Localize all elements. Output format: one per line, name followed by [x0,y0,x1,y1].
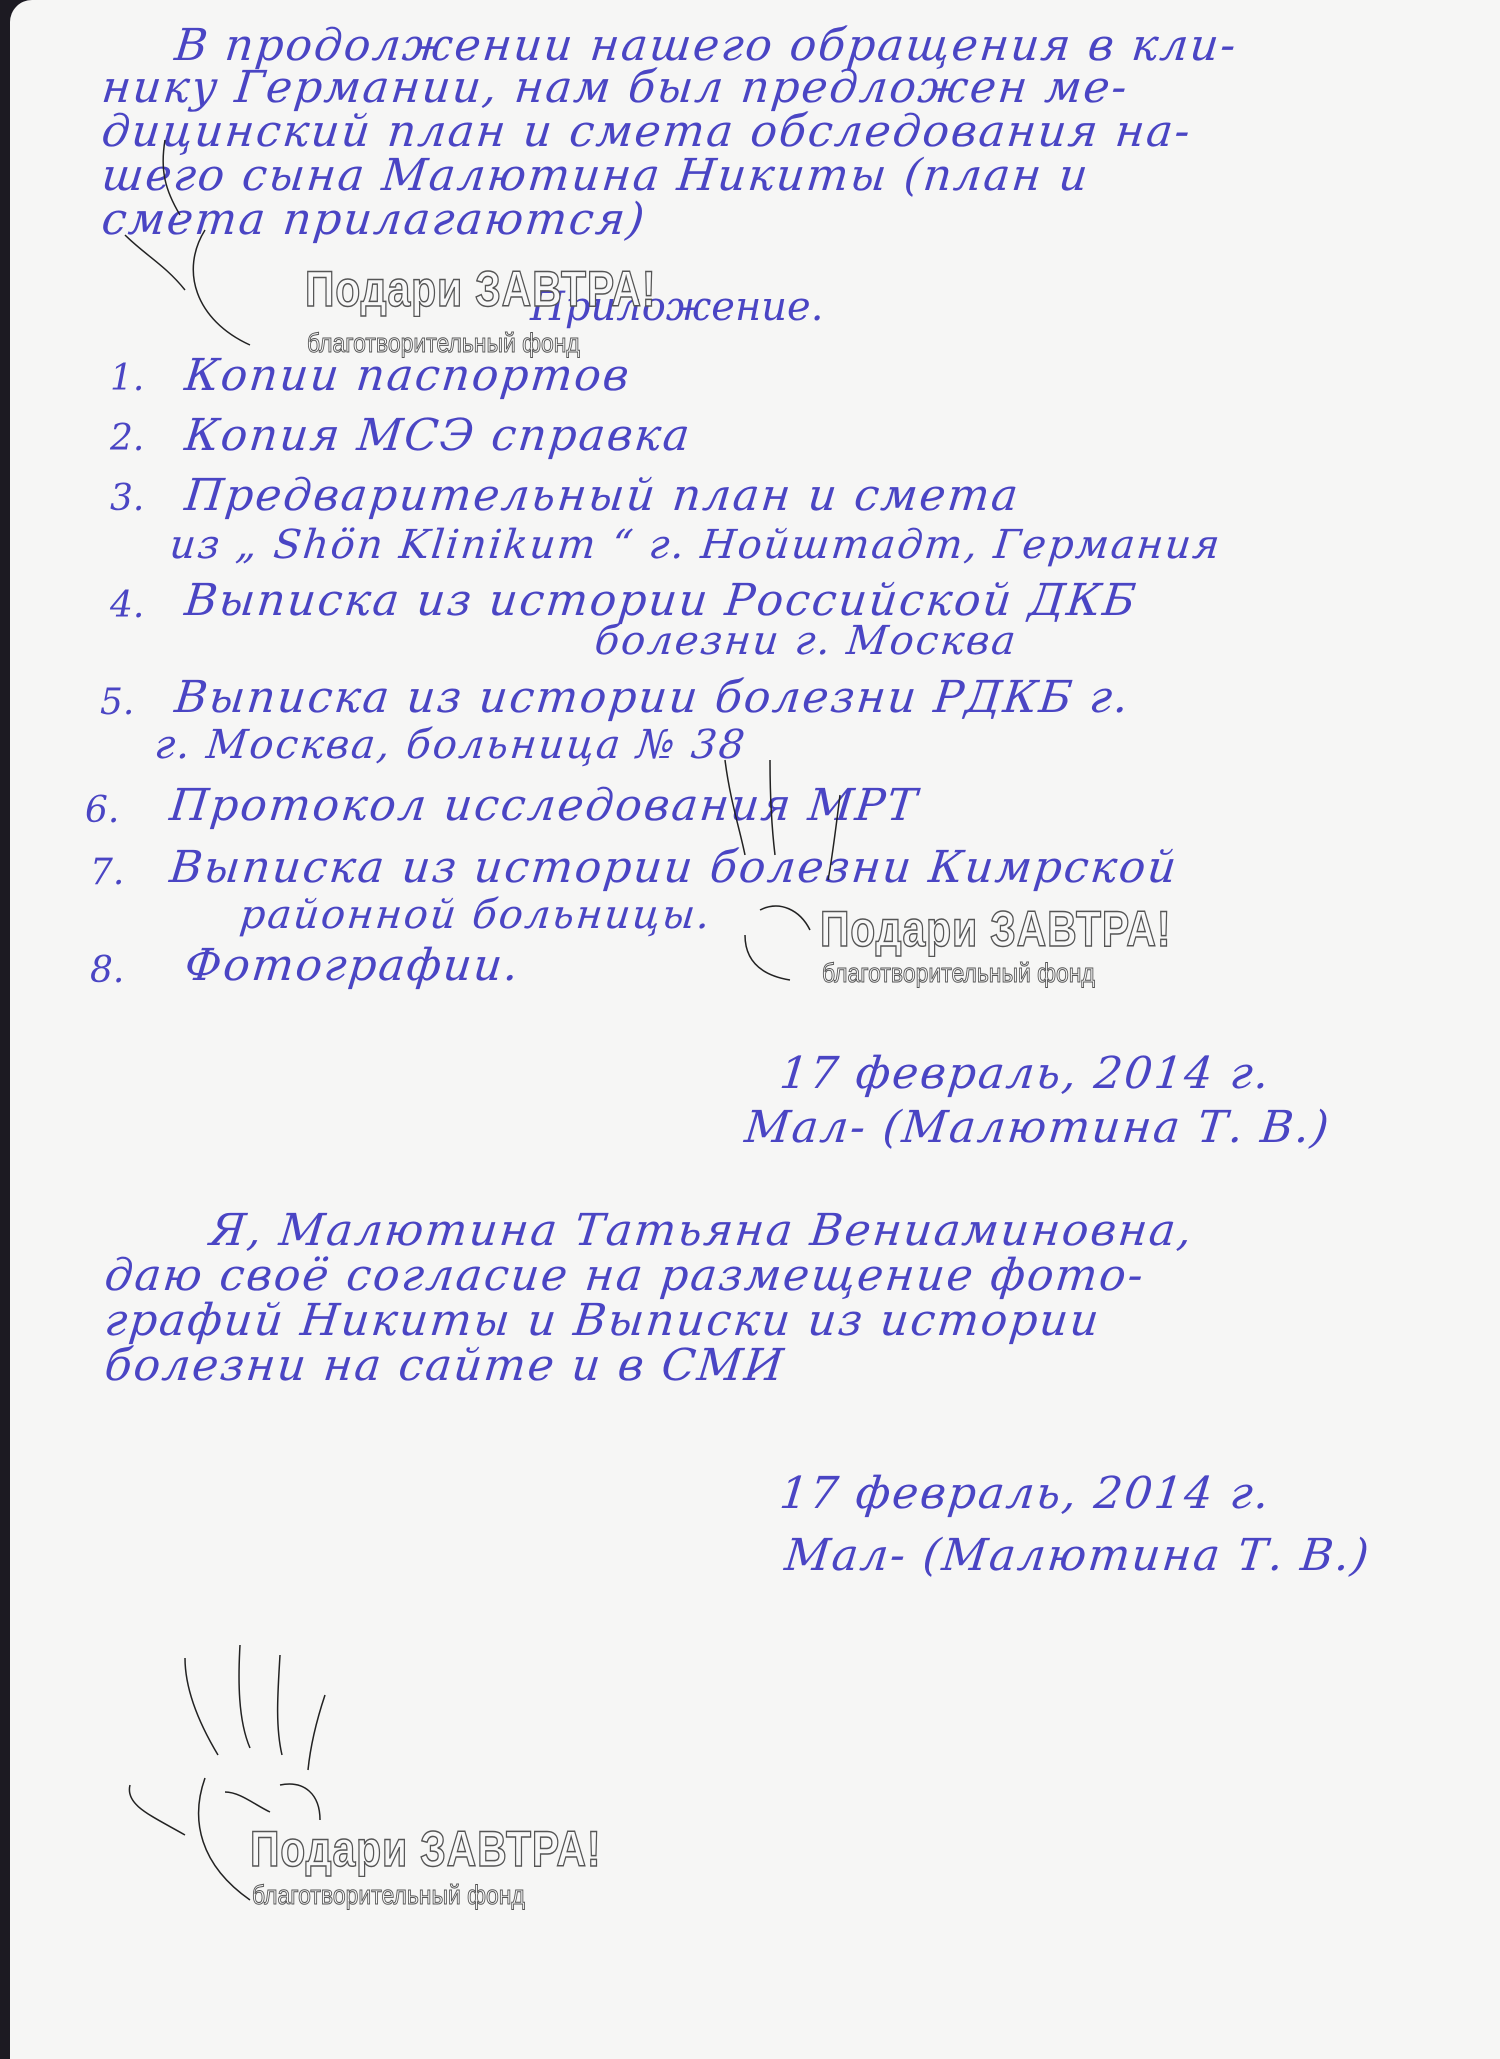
list-number: 3. [110,478,144,519]
attachment-item: Протокол исследования МРТ [167,780,921,831]
attachment-item: Выписка из истории болезни Кимрской [167,842,1180,893]
date: 17 февраль, 2014 г. [777,1468,1273,1519]
consent-line: Я, Малютина Татьяна Вениаминовна, [207,1205,1196,1256]
intro-line: смета прилагаются) [99,194,648,245]
attachments-heading: Приложение. [530,284,823,330]
attachment-item: Выписка из истории болезни РДКБ г. [172,672,1132,723]
attachment-item: Копии паспортов [182,350,633,401]
scanned-letter-page: В продолжении нашего обращения в кли- ни… [10,0,1500,2059]
list-number: 4. [110,585,144,626]
consent-line: даю своё согласие на размещение фото- [102,1250,1147,1301]
attachment-item: Копия МСЭ справка [182,410,694,461]
list-number: 5. [100,682,134,723]
list-number: 8. [90,950,124,991]
list-number: 1. [110,358,144,399]
attachment-item-continued: из „ Shön Klinikum “ г. Нойштадт, Герман… [168,522,1224,568]
consent-line: графий Никиты и Выписки из истории [102,1295,1103,1346]
list-number: 7. [90,852,124,893]
signature: Мал- (Малютина Т. В.) [742,1102,1333,1153]
attachment-item: Фотографии. [182,940,522,991]
signature: Мал- (Малютина Т. В.) [782,1530,1373,1581]
attachment-item-continued: болезни г. Москва [593,618,1020,664]
date: 17 февраль, 2014 г. [777,1048,1273,1099]
consent-line: болезни на сайте и в СМИ [102,1340,787,1391]
attachment-item-continued: г. Москва, больница № 38 [153,722,749,768]
list-number: 2. [110,418,144,459]
hand-icon [110,1630,710,1920]
attachment-item-continued: районной больницы. [238,892,714,938]
list-number: 6. [85,790,119,831]
watermark-logo: Подари ЗАВТРА! благотворительный фонд [110,1630,710,1920]
attachment-item: Предварительный план и смета [182,470,1022,521]
